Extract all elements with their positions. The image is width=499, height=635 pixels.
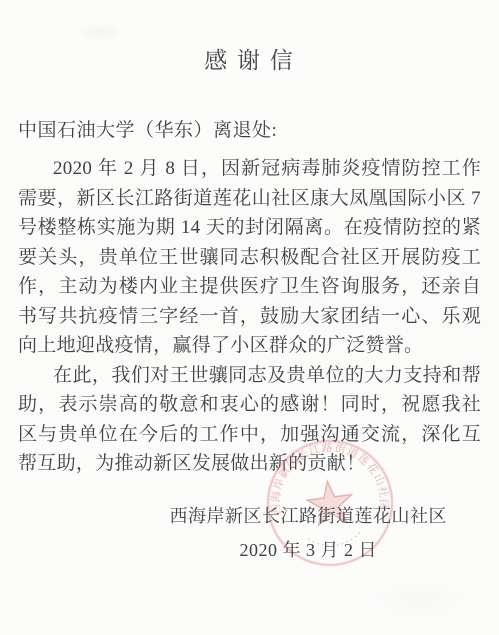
letter-paragraph-2: 在此，我们对王世骧同志及贵单位的大力支持和帮助，表示崇高的敬意和衷心的感谢！同时… — [18, 361, 481, 479]
letter-title: 感 谢 信 — [0, 0, 499, 76]
letter-body: 2020 年 2 月 8 日，因新冠病毒肺炎疫情防控工作需要，新区长江路街道莲花… — [18, 154, 481, 479]
scanned-letter-page: 感 谢 信 中国石油大学（华东）离退处: 2020 年 2 月 8 日，因新冠病… — [0, 0, 499, 635]
letter-paragraph-1: 2020 年 2 月 8 日，因新冠病毒肺炎疫情防控工作需要，新区长江路街道莲花… — [18, 154, 481, 361]
signature-date: 2020 年 3 月 2 日 — [170, 538, 448, 562]
letter-salutation: 中国石油大学（华东）离退处: — [18, 118, 481, 144]
signature-org: 西海岸新区长江路街道莲花山社区 — [170, 503, 448, 529]
signature-block: 西海岸新区长江路街道莲花山社区 2020 年 3 月 2 日 — [170, 503, 448, 562]
